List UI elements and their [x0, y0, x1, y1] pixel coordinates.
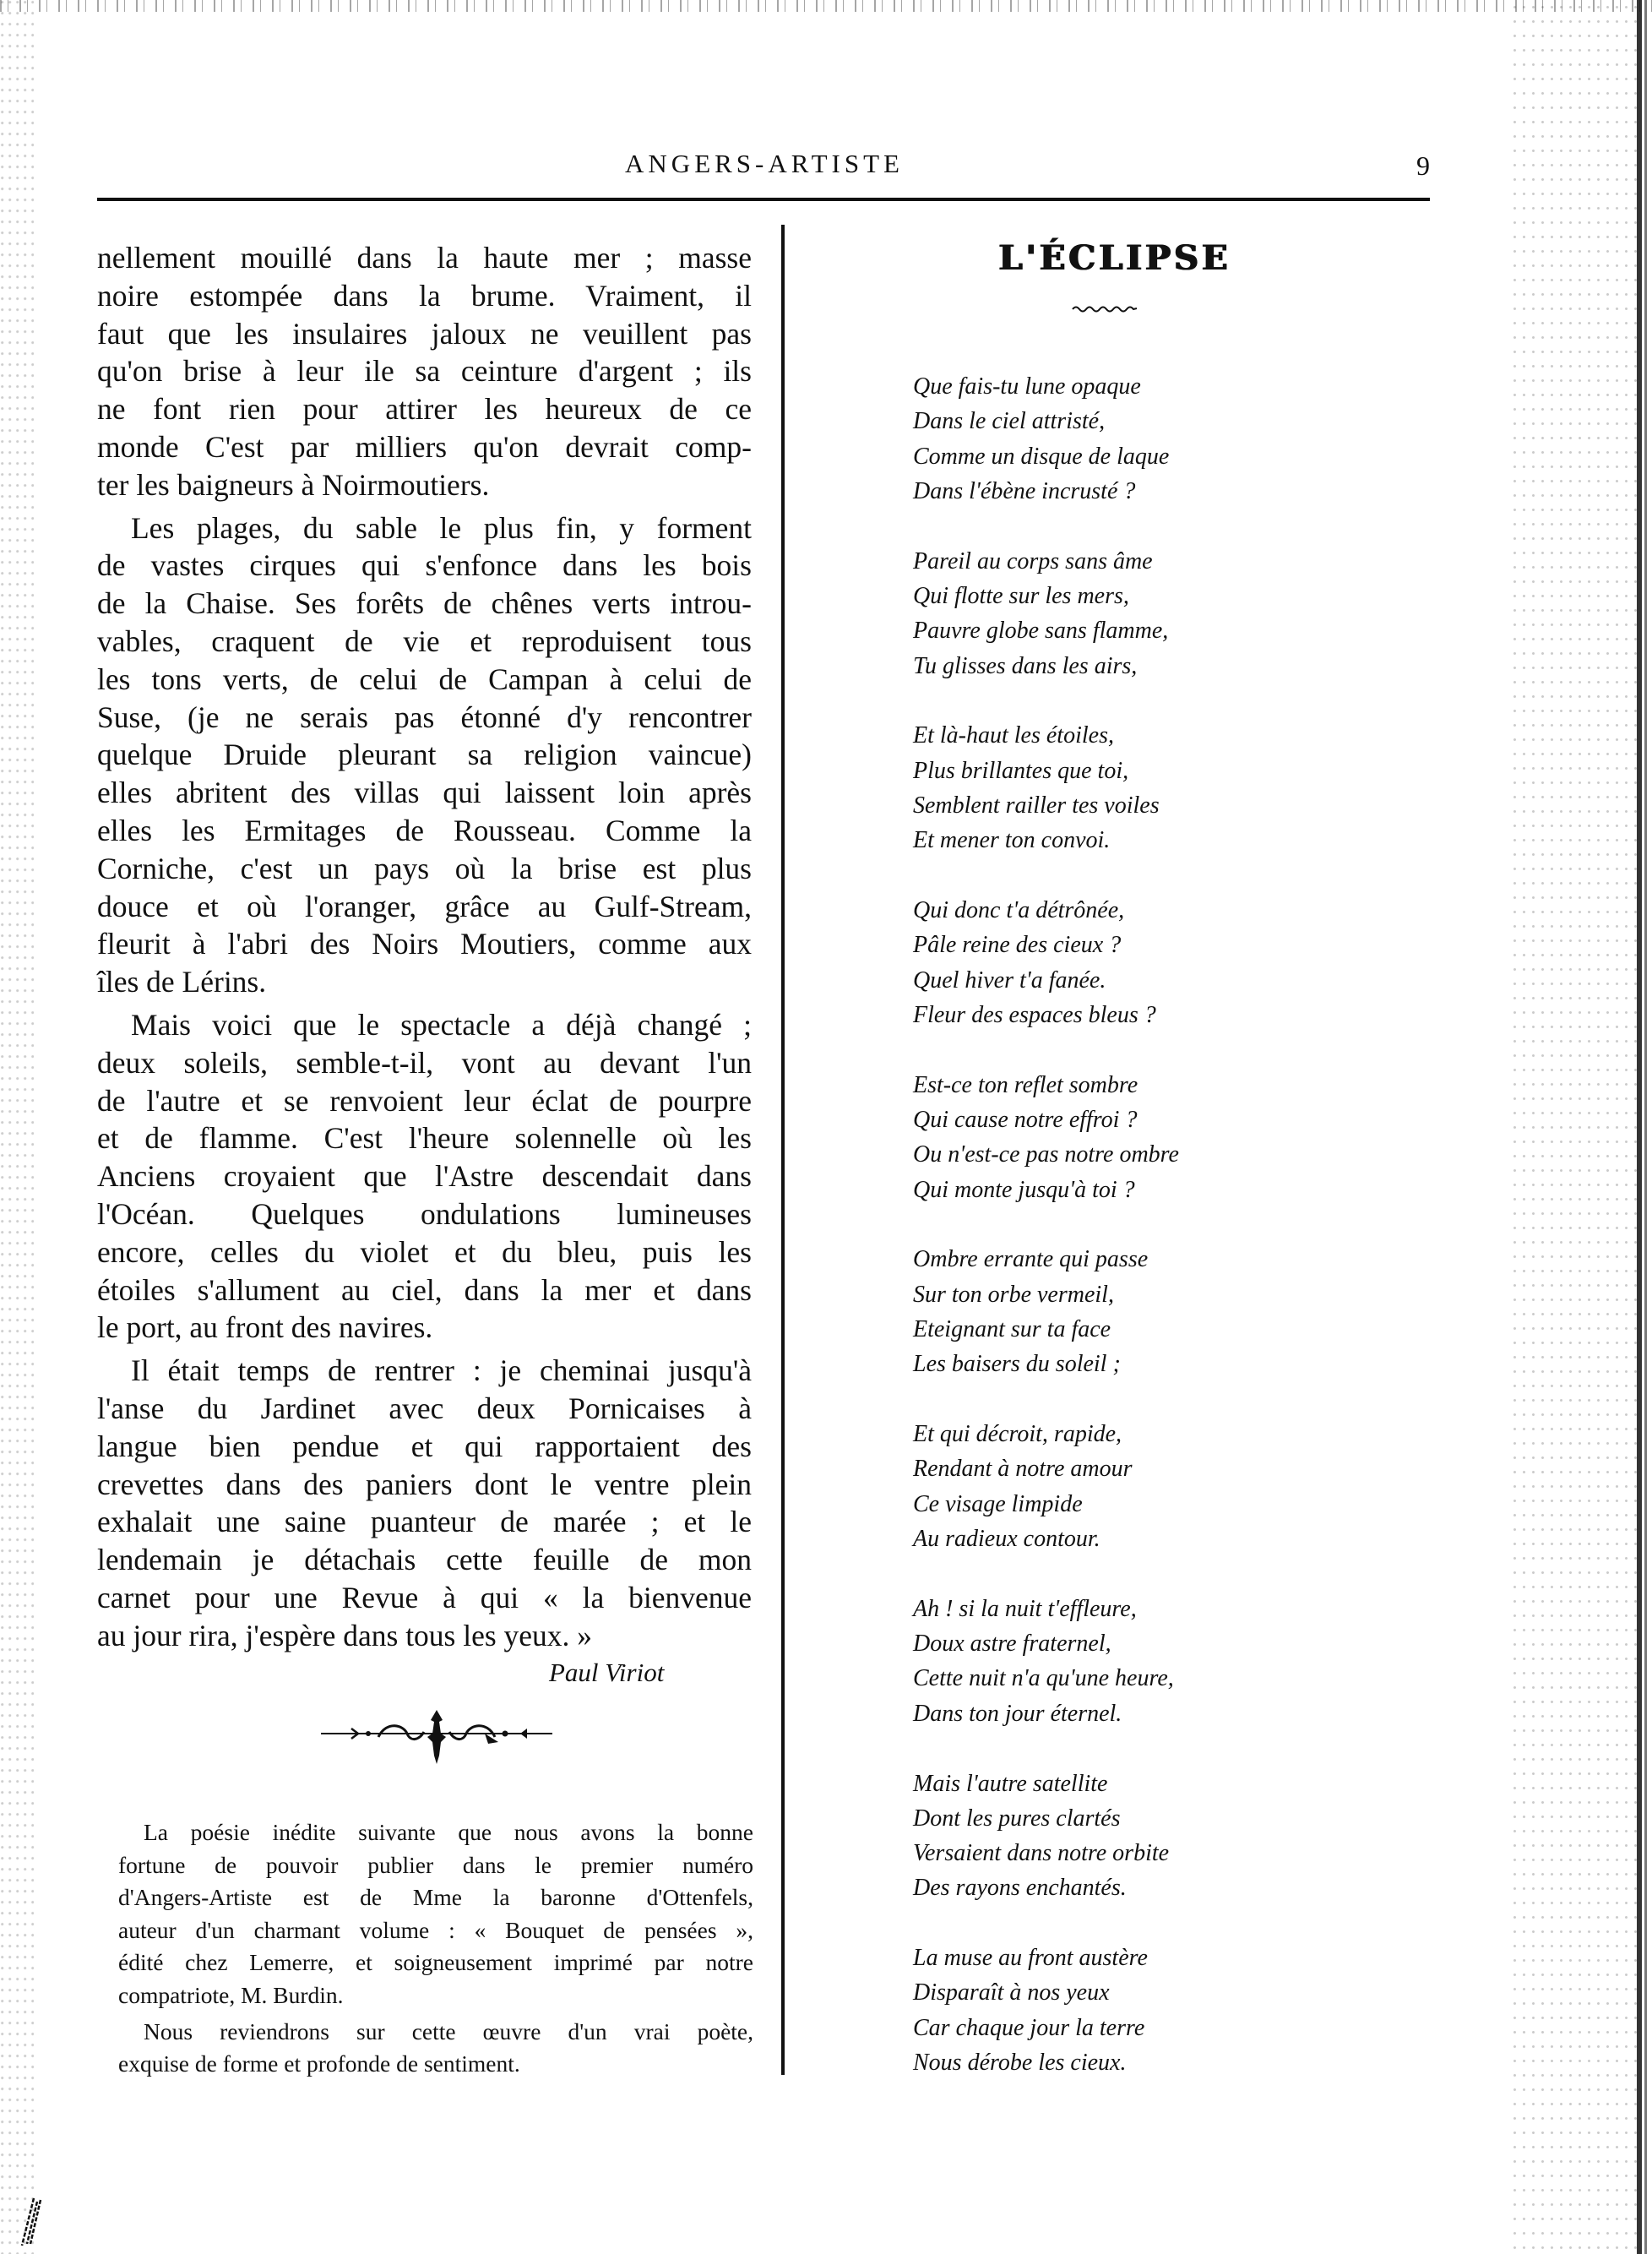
verse-line: Et mener ton convoi. [913, 823, 1420, 857]
text-line: nellement mouillé dans la haute mer ; ma… [97, 239, 752, 277]
verse-line: Dont les pures clartés [913, 1801, 1420, 1836]
pencil-mark-icon [15, 2197, 44, 2247]
text-line: exhalait une saine puanteur de marée ; e… [97, 1503, 752, 1541]
text-line: Nous reviendrons sur cette œuvre d'un vr… [118, 2016, 753, 2049]
stanza: Est-ce ton reflet sombre Qui cause notre… [913, 1068, 1420, 1207]
text-line: Mais voici que le spectacle a déjà chang… [97, 1006, 752, 1044]
scan-noise-top [0, 0, 1652, 12]
stanza: Ah ! si la nuit t'effleure, Doux astre f… [913, 1592, 1420, 1731]
text-line: îles de Lérins. [97, 963, 752, 1001]
text-line: elles abritent des villas qui laissent l… [97, 774, 752, 812]
poem-body: Que fais-tu lune opaque Dans le ciel att… [913, 369, 1420, 2115]
stanza: La muse au front austère Disparaît à nos… [913, 1941, 1420, 2080]
stanza: Mais l'autre satellite Dont les pures cl… [913, 1767, 1420, 1906]
verse-line: Ah ! si la nuit t'effleure, [913, 1592, 1420, 1626]
running-title: ANGERS-ARTISTE [97, 149, 1432, 179]
verse-line: Ombre errante qui passe [913, 1242, 1420, 1277]
editorial-note: La poésie inédite suivante que nous avon… [118, 1816, 753, 2081]
text-line: et de flamme. C'est l'heure solennelle o… [97, 1119, 752, 1157]
text-line: fortune de pouvoir publier dans le premi… [118, 1849, 753, 1882]
verse-line: Et qui décroit, rapide, [913, 1417, 1420, 1451]
text-line: Corniche, c'est un pays où la brise est … [97, 850, 752, 888]
left-column-article: nellement mouillé dans la haute mer ; ma… [97, 239, 752, 1654]
stanza: Et là-haut les étoiles, Plus brillantes … [913, 718, 1420, 857]
text-line: ter les baigneurs à Noirmoutiers. [97, 466, 752, 504]
verse-line: Qui monte jusqu'à toi ? [913, 1173, 1420, 1207]
verse-line: Dans l'ébène incrusté ? [913, 474, 1420, 509]
text-line: elles les Ermitages de Rousseau. Comme l… [97, 812, 752, 850]
text-line: exquise de forme et profonde de sentimen… [118, 2048, 753, 2081]
verse-line: Qui cause notre effroi ? [913, 1102, 1420, 1137]
text-line: quelque Druide pleurant sa religion vain… [97, 736, 752, 774]
author-signature: Paul Viriot [549, 1658, 664, 1688]
text-line: carnet pour une Revue à qui « la bienven… [97, 1579, 752, 1617]
verse-line: Ce visage limpide [913, 1487, 1420, 1522]
text-line: encore, celles du violet et du bleu, pui… [97, 1233, 752, 1271]
verse-line: Des rayons enchantés. [913, 1870, 1420, 1905]
verse-line: Les baisers du soleil ; [913, 1347, 1420, 1381]
stanza: Et qui décroit, rapide, Rendant à notre … [913, 1417, 1420, 1556]
stanza: Ombre errante qui passe Sur ton orbe ver… [913, 1242, 1420, 1381]
paragraph: Il était temps de rentrer : je cheminai … [97, 1352, 752, 1654]
verse-line: Que fais-tu lune opaque [913, 369, 1420, 404]
scan-noise-left [0, 0, 34, 2254]
text-line: ne font rien pour attirer les heureux de… [97, 390, 752, 428]
verse-line: Dans le ciel attristé, [913, 404, 1420, 438]
stanza: Que fais-tu lune opaque Dans le ciel att… [913, 369, 1420, 509]
verse-line: Doux astre fraternel, [913, 1626, 1420, 1661]
verse-line: Tu glisses dans les airs, [913, 649, 1420, 683]
verse-line: Fleur des espaces bleus ? [913, 998, 1420, 1032]
poem-title: L'ÉCLIPSE [988, 238, 1242, 278]
text-line: Anciens croyaient que l'Astre descendait… [97, 1157, 752, 1195]
text-line: vables, craquent de vie et reproduisent … [97, 623, 752, 661]
verse-line: Est-ce ton reflet sombre [913, 1068, 1420, 1102]
page-number: 9 [1416, 150, 1430, 182]
verse-line: Pâle reine des cieux ? [913, 928, 1420, 962]
text-line: monde C'est par milliers qu'on devrait c… [97, 428, 752, 466]
verse-line: Pareil au corps sans âme [913, 544, 1420, 579]
text-line: noire estompée dans la brume. Vraiment, … [97, 277, 752, 315]
text-line: crevettes dans des paniers dont le ventr… [97, 1466, 752, 1504]
fleuron-ornament-icon [319, 1708, 554, 1766]
text-line: étoiles s'allument au ciel, dans la mer … [97, 1271, 752, 1309]
note-paragraph: La poésie inédite suivante que nous avon… [118, 1816, 753, 2012]
verse-line: Semblent railler tes voiles [913, 788, 1420, 823]
verse-line: Disparaît à nos yeux [913, 1975, 1420, 2010]
verse-line: Mais l'autre satellite [913, 1767, 1420, 1801]
text-line: édité chez Lemerre, et soigneusement imp… [118, 1946, 753, 1979]
text-line: le port, au front des navires. [97, 1309, 752, 1347]
text-line: qu'on brise à leur ile sa ceinture d'arg… [97, 352, 752, 390]
text-line: langue bien pendue et qui rapportaient d… [97, 1428, 752, 1466]
verse-line: Comme un disque de laque [913, 439, 1420, 474]
stanza: Qui donc t'a détrônée, Pâle reine des ci… [913, 893, 1420, 1032]
text-line: fleurit à l'abri des Noirs Moutiers, com… [97, 925, 752, 963]
text-line: Suse, (je ne serais pas étonné d'y renco… [97, 699, 752, 737]
stanza: Pareil au corps sans âme Qui flotte sur … [913, 544, 1420, 683]
text-line: lendemain je détachais cette feuille de … [97, 1541, 752, 1579]
paragraph: Les plages, du sable le plus fin, y form… [97, 509, 752, 1001]
verse-line: Qui donc t'a détrônée, [913, 893, 1420, 928]
paragraph: nellement mouillé dans la haute mer ; ma… [97, 239, 752, 504]
text-line: auteur d'un charmant volume : « Bouquet … [118, 1914, 753, 1947]
text-line: Il était temps de rentrer : je cheminai … [97, 1352, 752, 1390]
header-rule [97, 198, 1430, 201]
verse-line: Quel hiver t'a fanée. [913, 963, 1420, 998]
text-line: au jour rira, j'espère dans tous les yeu… [97, 1617, 752, 1655]
verse-line: Au radieux contour. [913, 1522, 1420, 1556]
verse-line: Car chaque jour la terre [913, 2011, 1420, 2045]
text-line: d'Angers-Artiste est de Mme la baronne d… [118, 1881, 753, 1914]
verse-line: Nous dérobe les cieux. [913, 2045, 1420, 2080]
verse-line: Et là-haut les étoiles, [913, 718, 1420, 753]
text-line: deux soleils, semble-t-il, vont au devan… [97, 1044, 752, 1082]
verse-line: Rendant à notre amour [913, 1451, 1420, 1486]
text-line: Les plages, du sable le plus fin, y form… [97, 509, 752, 547]
text-line: l'anse du Jardinet avec deux Pornicaises… [97, 1390, 752, 1428]
verse-line: Dans ton jour éternel. [913, 1696, 1420, 1731]
verse-line: Pauvre globe sans flamme, [913, 613, 1420, 648]
text-line: douce et où l'oranger, grâce au Gulf-Str… [97, 888, 752, 926]
column-divider [781, 225, 785, 2075]
verse-line: Eteignant sur ta face [913, 1312, 1420, 1347]
verse-line: Ou n'est-ce pas notre ombre [913, 1137, 1420, 1172]
running-head: ANGERS-ARTISTE 9 [97, 149, 1432, 186]
text-line: de l'autre et se renvoient leur éclat de… [97, 1082, 752, 1120]
verse-line: Plus brillantes que toi, [913, 754, 1420, 788]
scan-noise-right [1510, 0, 1637, 2254]
text-line: de vastes cirques qui s'enfonce dans les… [97, 547, 752, 585]
text-line: La poésie inédite suivante que nous avon… [118, 1816, 753, 1849]
verse-line: La muse au front austère [913, 1941, 1420, 1975]
paragraph: Mais voici que le spectacle a déjà chang… [97, 1006, 752, 1347]
wavy-rule-icon [1071, 304, 1138, 314]
verse-line: Sur ton orbe vermeil, [913, 1277, 1420, 1312]
text-line: l'Océan. Quelques ondulations lumineuses [97, 1195, 752, 1233]
text-line: faut que les insulaires jaloux ne veuill… [97, 315, 752, 353]
text-line: les tons verts, de celui de Campan à cel… [97, 661, 752, 699]
verse-line: Qui flotte sur les mers, [913, 579, 1420, 613]
verse-line: Cette nuit n'a qu'une heure, [913, 1661, 1420, 1696]
text-line: compatriote, M. Burdin. [118, 1979, 753, 2012]
verse-line: Versaient dans notre orbite [913, 1836, 1420, 1870]
page-edge-shadow [1637, 0, 1642, 2254]
page-edge-shadow-secondary [1644, 0, 1647, 2254]
text-line: de la Chaise. Ses forêts de chênes verts… [97, 585, 752, 623]
note-paragraph: Nous reviendrons sur cette œuvre d'un vr… [118, 2016, 753, 2081]
